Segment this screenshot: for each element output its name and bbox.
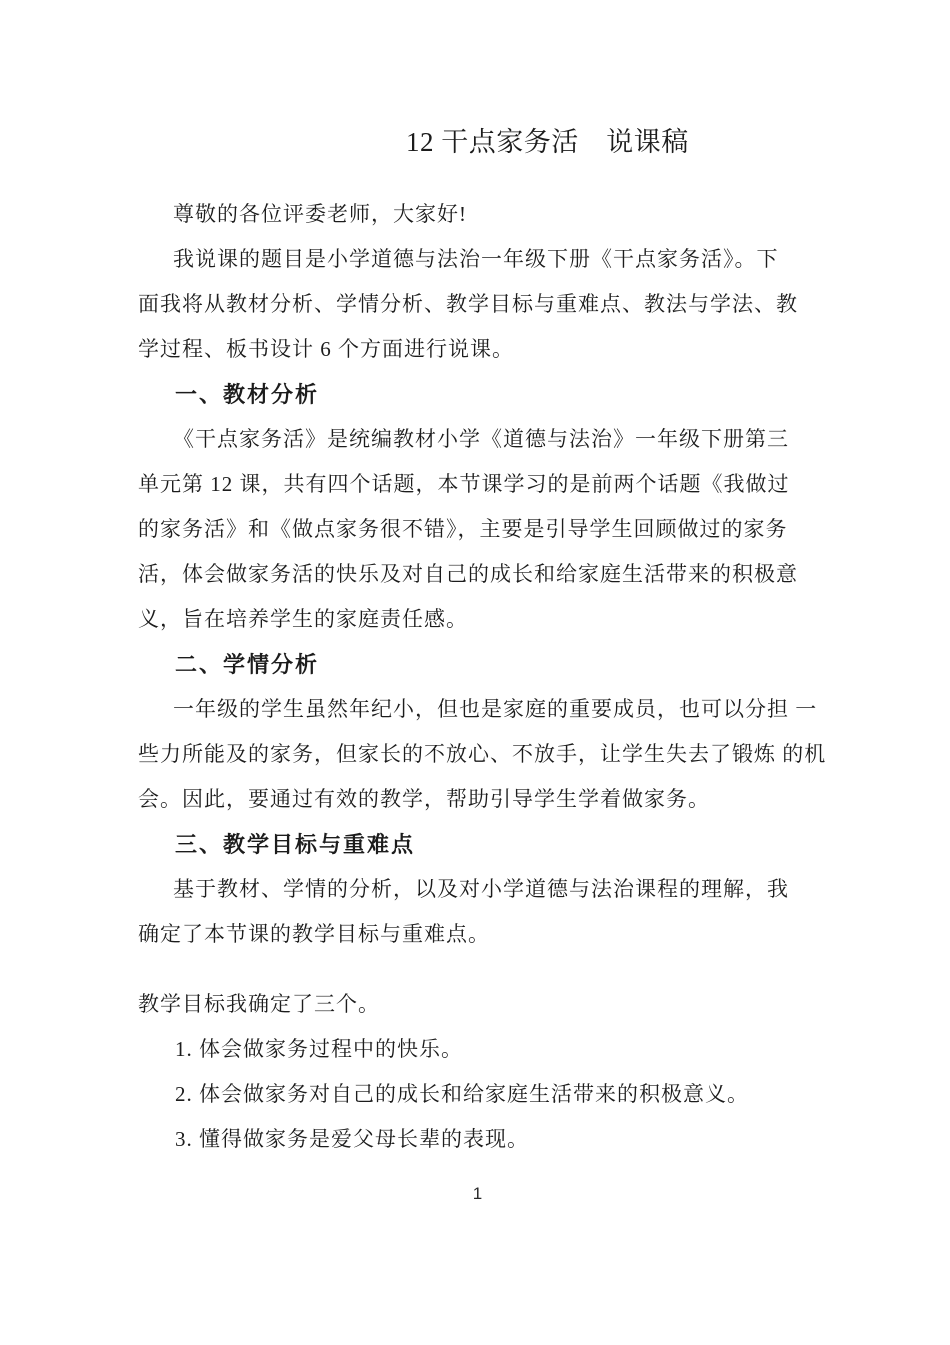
paragraph-material-line-2: 单元第 12 课，共有四个话题，本节课学习的是前两个话题《我做过	[138, 462, 817, 507]
paragraph-goals-intro: 教学目标我确定了三个。	[138, 982, 817, 1027]
paragraph-intro-line-2: 面我将从教材分析、学情分析、教学目标与重难点、教法与学法、教	[138, 282, 817, 327]
paragraph-students-line-2: 些力所能及的家务，但家长的不放心、不放手，让学生失去了锻炼 的机	[138, 732, 817, 777]
paragraph-material-line-3: 的家务活》和《做点家务很不错》，主要是引导学生回顾做过的家务	[138, 507, 817, 552]
goal-item-1: 1. 体会做家务过程中的快乐。	[138, 1027, 817, 1072]
paragraph-intro-line-1: 我说课的题目是小学道德与法治一年级下册《干点家务活》。下	[138, 237, 817, 282]
document-title: 12 干点家务活 说课稿	[138, 120, 817, 165]
goal-item-2: 2. 体会做家务对自己的成长和给家庭生活带来的积极意义。	[138, 1072, 817, 1117]
paragraph-objectives-line-2: 确定了本节课的教学目标与重难点。	[138, 912, 817, 957]
section-heading-objectives: 三、教学目标与重难点	[138, 822, 817, 867]
paragraph-intro-line-3: 学过程、板书设计 6 个方面进行说课。	[138, 327, 817, 372]
page-number: 1	[138, 1184, 817, 1204]
paragraph-material-line-1: 《干点家务活》是统编教材小学《道德与法治》一年级下册第三	[138, 417, 817, 462]
paragraph-greeting-line: 尊敬的各位评委老师，大家好!	[138, 192, 817, 237]
paragraph-material-line-5: 义，旨在培养学生的家庭责任感。	[138, 597, 817, 642]
paragraph-objectives-line-1: 基于教材、学情的分析，以及对小学道德与法治课程的理解，我	[138, 867, 817, 912]
section-heading-material: 一、教材分析	[138, 372, 817, 417]
paragraph-students-line-3: 会。因此，要通过有效的教学，帮助引导学生学着做家务。	[138, 777, 817, 822]
document-page: 12 干点家务活 说课稿 尊敬的各位评委老师，大家好! 我说课的题目是小学道德与…	[0, 0, 950, 1345]
paragraph-material-line-4: 活，体会做家务活的快乐及对自己的成长和给家庭生活带来的积极意	[138, 552, 817, 597]
paragraph-students-line-1: 一年级的学生虽然年纪小，但也是家庭的重要成员，也可以分担 一	[138, 687, 817, 732]
section-heading-students: 二、学情分析	[138, 642, 817, 687]
goal-item-3: 3. 懂得做家务是爱父母长辈的表现。	[138, 1117, 817, 1162]
